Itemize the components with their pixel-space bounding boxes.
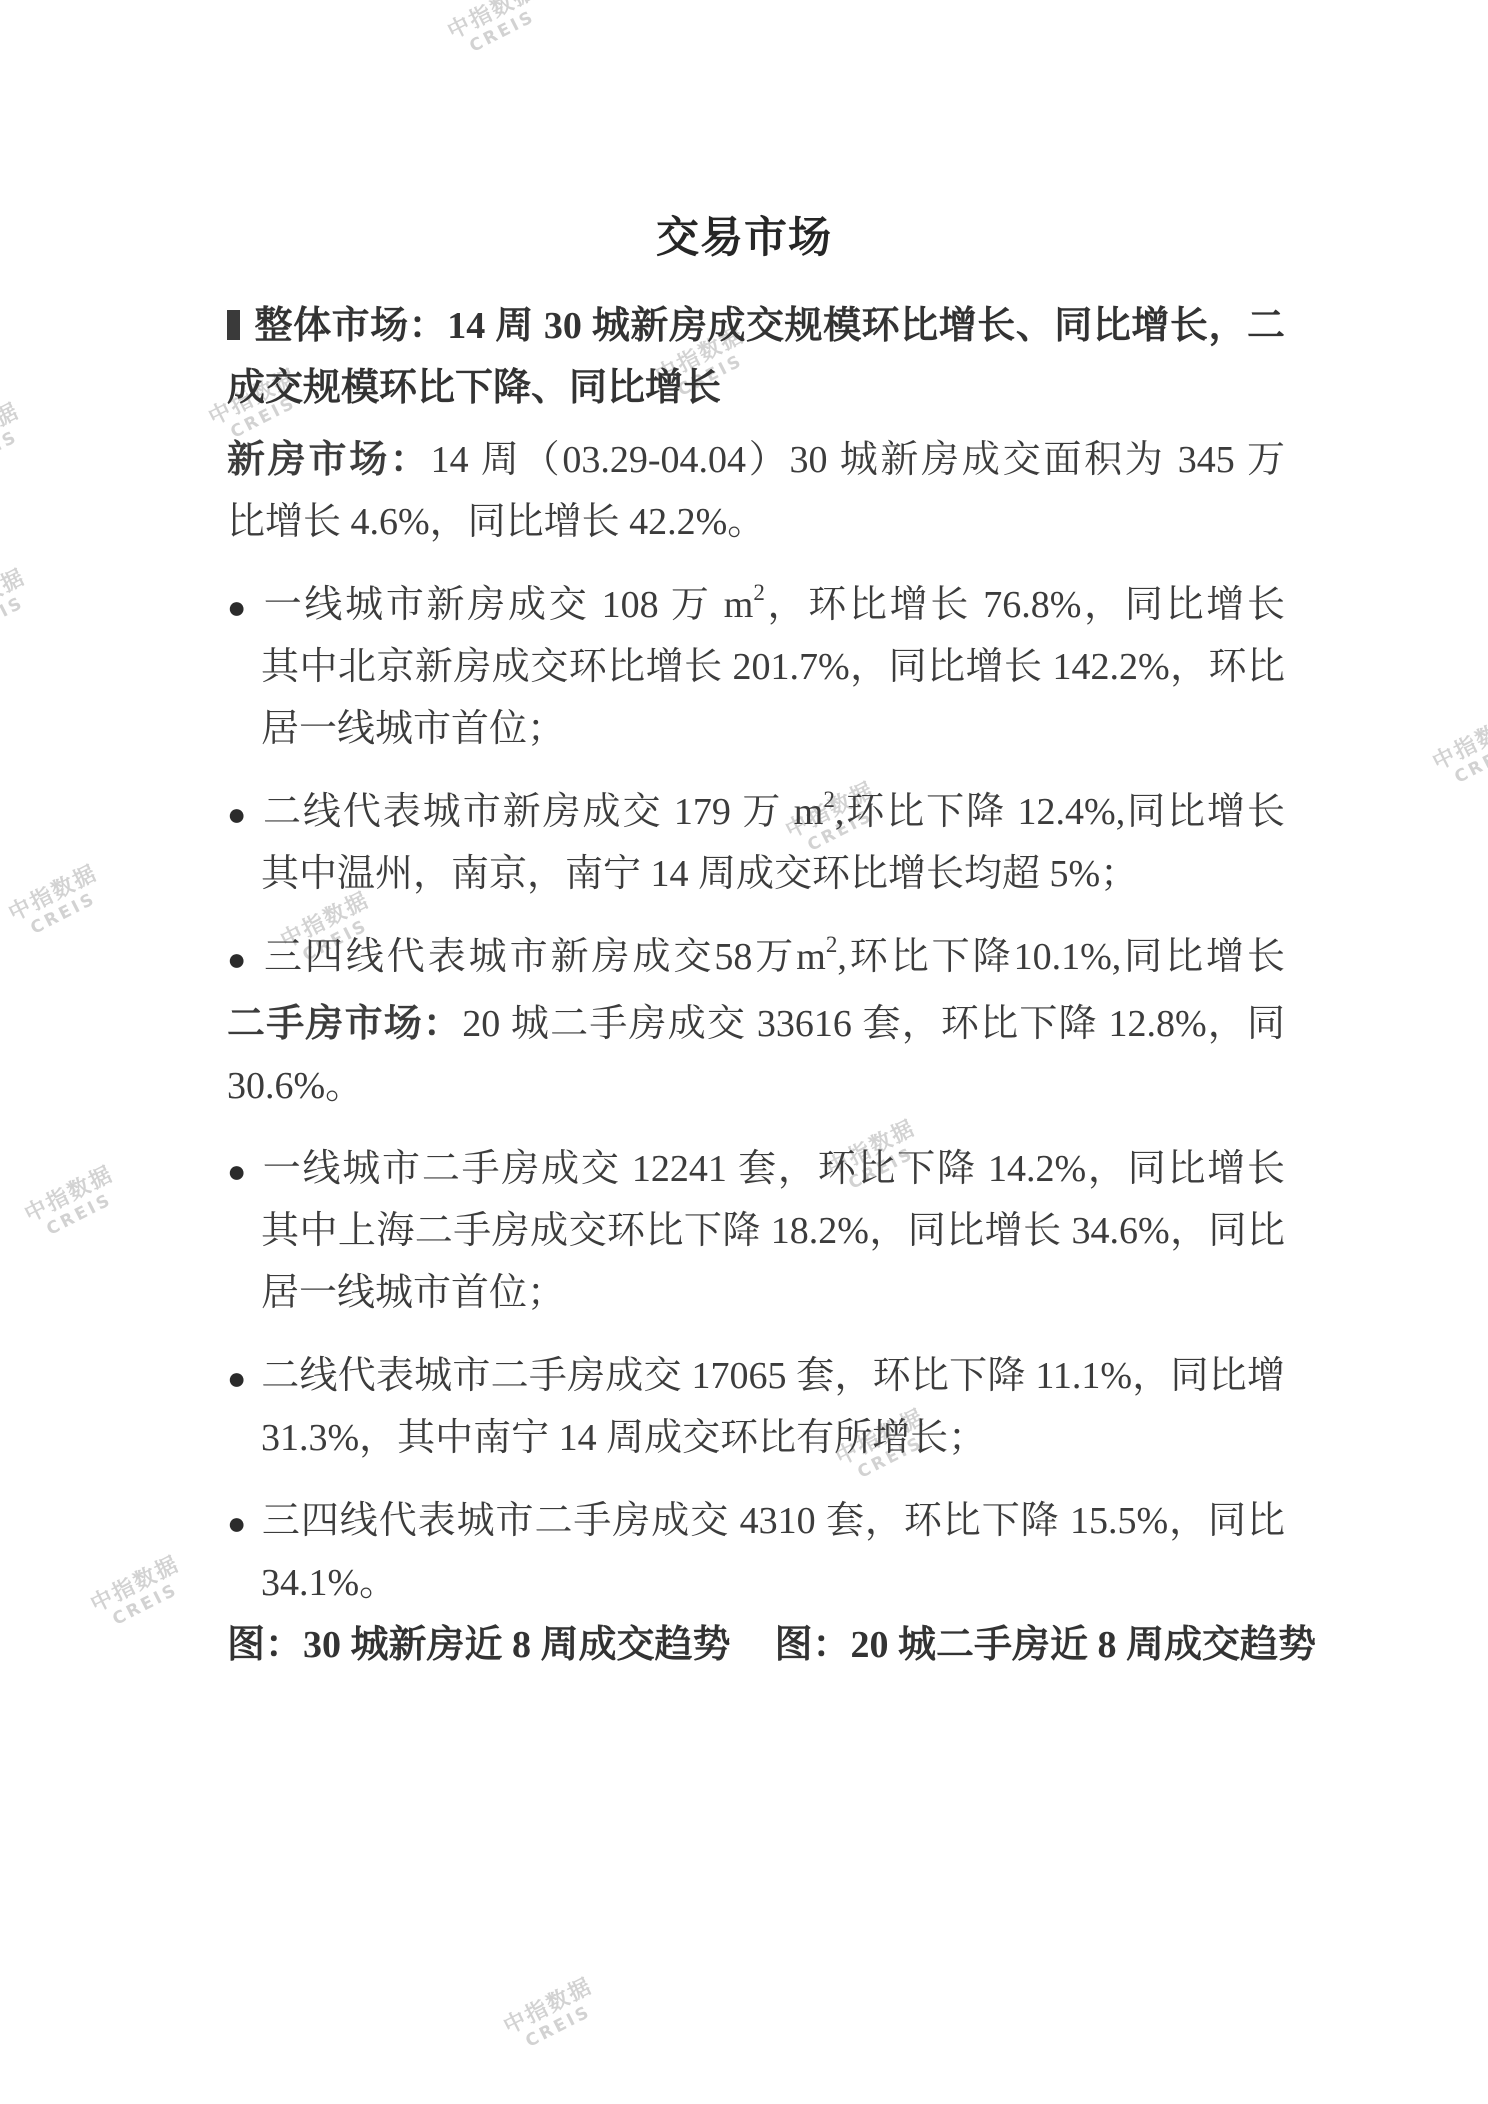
- watermark: 中指数据CREIS: [0, 552, 63, 661]
- bullet-paragraph: ●一线城市二手房成交 12241 套，环比下降 14.2%，同比增长 28.3%…: [227, 1138, 1285, 1324]
- superscript: 2: [826, 932, 838, 957]
- text-run: 二线代表城市二手房成交 17065 套，环比下降 11.1%，同比增长: [227, 1355, 1285, 1407]
- watermark-en-text: CREIS: [1417, 721, 1488, 807]
- heading-paragraph: 整体市场：14 周 30 城新房成交规模环比增长、同比增长，二手房成交规模环比下…: [227, 295, 1285, 419]
- bullet-icon: ●: [227, 576, 261, 636]
- watermark-cn-text: 中指数据: [63, 1539, 208, 1630]
- watermark-en-text: CREIS: [9, 1173, 152, 1259]
- text-line: 居一线城市首位；: [227, 698, 1285, 760]
- figure-caption-left: 图：30 城新房近 8 周成交趋势: [227, 1614, 731, 1676]
- body-paragraph: 新房市场：14 周（03.29-04.04）30 城新房成交面积为 345 万 …: [227, 429, 1285, 553]
- bullet-paragraph: ●三四线代表城市二手房成交 4310 套，环比下降 15.5%，同比增长34.1…: [227, 1490, 1285, 1614]
- bullet-icon: ●: [227, 1140, 261, 1200]
- text-run: 一线城市新房成交 108 万 m: [261, 584, 753, 626]
- bullet-icon: ●: [227, 1492, 261, 1552]
- watermark-en-text: CREIS: [0, 872, 135, 958]
- text-run: 其中上海二手房成交环比下降 18.2%，同比增长 34.6%，同比增幅: [261, 1210, 1285, 1262]
- text-run: 新房市场：: [227, 439, 431, 481]
- text-line: 新房市场：14 周（03.29-04.04）30 城新房成交面积为 345 万 …: [227, 429, 1285, 491]
- text-run: 成交规模环比下降、同比增长: [227, 367, 721, 409]
- text-line: ●一线城市新房成交 108 万 m2，环比增长 76.8%，同比增长 86.6%…: [227, 574, 1285, 636]
- watermark: 中指数据CREIS: [476, 1961, 630, 2070]
- text-line: ●三四线代表城市二手房成交 4310 套，环比下降 15.5%，同比增长: [227, 1490, 1285, 1552]
- bullet-icon: ●: [227, 1347, 261, 1407]
- figure-caption-right: 图：20 城二手房近 8 周成交趋势: [775, 1614, 1317, 1676]
- text-run: 其中北京新房成交环比增长 201.7%，同比增长 142.2%，环比增幅: [261, 646, 1285, 698]
- watermark-cn-text: 中指数据: [0, 552, 54, 643]
- superscript: 2: [753, 580, 765, 605]
- caption-row: 图：30 城新房近 8 周成交趋势图：20 城二手房近 8 周成交趋势: [227, 1614, 1285, 1676]
- heading-bar-icon: [227, 310, 240, 340]
- bullet-paragraph: ●二线代表城市二手房成交 17065 套，环比下降 11.1%，同比增长31.3…: [227, 1345, 1285, 1469]
- page-title: 交易市场: [0, 204, 1488, 265]
- watermark: 中指数据CREIS: [0, 386, 57, 495]
- text-run: 三四线代表城市新房成交58万m: [261, 936, 826, 978]
- bullet-paragraph: ●一线城市新房成交 108 万 m2，环比增长 76.8%，同比增长 86.6%…: [227, 574, 1285, 760]
- text-line: 其中北京新房成交环比增长 201.7%，同比增长 142.2%，环比增幅: [227, 636, 1285, 698]
- watermark-en-text: CREIS: [488, 1985, 631, 2071]
- text-line: 其中温州，南京，南宁 14 周成交环比增长均超 5%；: [227, 843, 1285, 905]
- bullet-icon: ●: [227, 783, 261, 843]
- text-line: 整体市场：14 周 30 城新房成交规模环比增长、同比增长，二手房: [227, 295, 1285, 357]
- text-line: 成交规模环比下降、同比增长: [227, 357, 1285, 419]
- text-line: 二手房市场：20 城二手房成交 33616 套，环比下降 12.8%，同比增长: [227, 993, 1285, 1055]
- report-page: 交易市场 整体市场：14 周 30 城新房成交规模环比增长、同比增长，二手房成交…: [0, 0, 1488, 2104]
- body-paragraph: 二手房市场：20 城二手房成交 33616 套，环比下降 12.8%，同比增长3…: [227, 993, 1285, 1117]
- text-line: ●二线代表城市新房成交 179 万 m2,环比下降 12.4%,同比增长 33.…: [227, 781, 1285, 843]
- text-run: 其中温州，南京，南宁 14 周成交环比增长均超 5%；: [261, 853, 1138, 895]
- text-line: 比增长 4.6%，同比增长 42.2%。: [227, 491, 1285, 553]
- watermark-cn-text: 中指数据: [1405, 697, 1488, 788]
- watermark: 中指数据CREIS: [0, 848, 135, 957]
- watermark: 中指数据CREIS: [1405, 697, 1488, 806]
- bullet-paragraph: ●二线代表城市新房成交 179 万 m2,环比下降 12.4%,同比增长 33.…: [227, 781, 1285, 905]
- text-line: 其中上海二手房成交环比下降 18.2%，同比增长 34.6%，同比增幅: [227, 1200, 1285, 1262]
- watermark-cn-text: 中指数据: [420, 0, 565, 57]
- text-run: 居一线城市首位；: [261, 1272, 565, 1314]
- watermark: 中指数据CREIS: [63, 1539, 217, 1648]
- text-run: 30.6%。: [227, 1065, 363, 1107]
- text-run: 整体市场：14 周 30 城新房成交规模环比增长、同比增长，二手房: [227, 305, 1285, 357]
- text-run: 34.1%。: [261, 1562, 397, 1604]
- text-run: 居一线城市首位；: [261, 708, 565, 750]
- text-line: ●二线代表城市二手房成交 17065 套，环比下降 11.1%，同比增长: [227, 1345, 1285, 1407]
- watermark-cn-text: 中指数据: [0, 848, 126, 939]
- text-run: 三四线代表城市二手房成交 4310 套，环比下降 15.5%，同比增长: [227, 1500, 1285, 1552]
- text-run: 31.3%，其中南宁 14 周成交环比有所增长；: [261, 1417, 986, 1459]
- watermark-en-text: CREIS: [432, 0, 575, 75]
- text-run: 比增长 4.6%，同比增长 42.2%。: [227, 501, 765, 543]
- text-line: 31.3%，其中南宁 14 周成交环比有所增长；: [227, 1407, 1285, 1469]
- text-line: 居一线城市首位；: [227, 1262, 1285, 1324]
- watermark-en-text: CREIS: [0, 410, 57, 496]
- bullet-paragraph: ●三四线代表城市新房成交58万m2,环比下降10.1%,同比增长13.8%。: [227, 926, 1285, 988]
- bullet-icon: ●: [227, 928, 261, 988]
- text-line: ●三四线代表城市新房成交58万m2,环比下降10.1%,同比增长13.8%。: [227, 926, 1285, 988]
- paragraph-list: 整体市场：14 周 30 城新房成交规模环比增长、同比增长，二手房成交规模环比下…: [227, 295, 1285, 1676]
- text-run: 二线代表城市新房成交 179 万 m: [261, 791, 823, 833]
- text-line: 30.6%。: [227, 1055, 1285, 1117]
- text-run: 二手房市场：: [227, 1003, 462, 1045]
- text-run: 一线城市二手房成交 12241 套，环比下降 14.2%，同比增长 28.3%。: [227, 1148, 1285, 1200]
- text-line: ●一线城市二手房成交 12241 套，环比下降 14.2%，同比增长 28.3%…: [227, 1138, 1285, 1200]
- superscript: 2: [823, 787, 835, 812]
- watermark-en-text: CREIS: [0, 576, 63, 662]
- watermark-cn-text: 中指数据: [476, 1961, 621, 2052]
- text-line: 34.1%。: [227, 1552, 1285, 1614]
- watermark-cn-text: 中指数据: [0, 1149, 142, 1240]
- watermark: 中指数据CREIS: [0, 1149, 151, 1258]
- watermark: 中指数据CREIS: [420, 0, 574, 75]
- watermark-cn-text: 中指数据: [0, 386, 48, 477]
- watermark-en-text: CREIS: [75, 1563, 218, 1649]
